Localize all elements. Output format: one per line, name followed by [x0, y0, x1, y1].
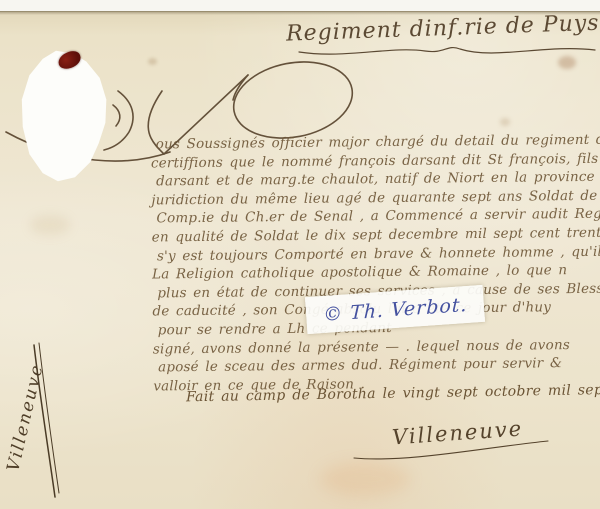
body-paragraph: ous Soussignés officier major chargé du … — [151, 131, 600, 396]
header-underline-flourish — [295, 40, 600, 62]
scanned-document: Regiment dinf.rie de Puysegue ous Soussi… — [0, 0, 600, 509]
margin-flourish-lines — [0, 335, 75, 507]
signature-underline-flourish — [348, 420, 558, 465]
copyright-watermark-text: © Th. Verbot. — [322, 293, 467, 325]
